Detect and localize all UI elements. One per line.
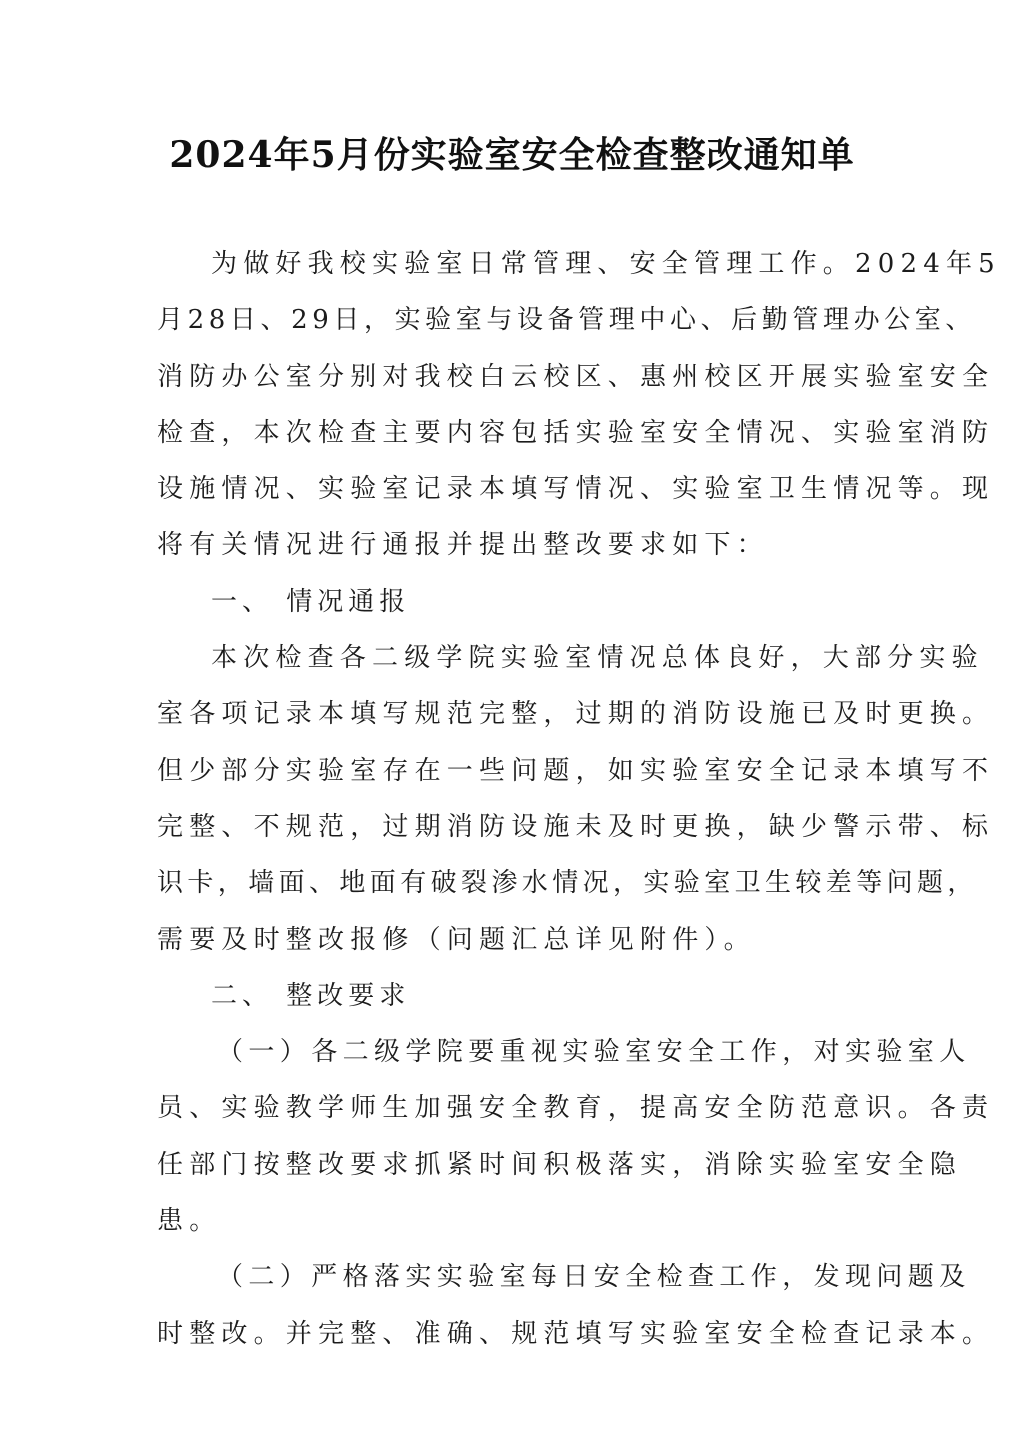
text-line: 本次检查各二级学院实验室情况总体良好，大部分实验 <box>157 630 871 686</box>
text-line: 设施情况、实验室记录本填写情况、实验室卫生情况等。现 <box>157 461 871 517</box>
section-heading-rectification-requirements: 二、 整改要求 <box>157 968 871 1024</box>
section-heading-situation-report: 一、 情况通报 <box>157 574 871 630</box>
text-line: 需要及时整改报修（问题汇总详见附件）。 <box>157 912 871 968</box>
text-line: 室各项记录本填写规范完整，过期的消防设施已及时更换。 <box>157 686 871 742</box>
text-line: 员、实验教学师生加强安全教育，提高安全防范意识。各责 <box>157 1080 871 1136</box>
text-line: 将有关情况进行通报并提出整改要求如下： <box>157 517 871 573</box>
text-line: 完整、不规范，过期消防设施未及时更换，缺少警示带、标 <box>157 799 871 855</box>
text-line: 消防办公室分别对我校白云校区、惠州校区开展实验室安全 <box>157 349 871 405</box>
text-line: （一）各二级学院要重视实验室安全工作，对实验室人 <box>157 1024 871 1080</box>
requirement-2-paragraph: （二）严格落实实验室每日安全检查工作，发现问题及 时整改。并完整、准确、规范填写… <box>157 1249 871 1362</box>
text-line: 但少部分实验室存在一些问题，如实验室安全记录本填写不 <box>157 743 871 799</box>
text-line: 时整改。并完整、准确、规范填写实验室安全检查记录本。 <box>157 1306 871 1362</box>
situation-paragraph: 本次检查各二级学院实验室情况总体良好，大部分实验 室各项记录本填写规范完整，过期… <box>157 630 871 968</box>
text-line: 月28日、29日，实验室与设备管理中心、后勤管理办公室、 <box>157 292 871 348</box>
document-title: 2024年5月份实验室安全检查整改通知单 <box>0 130 1024 180</box>
intro-paragraph: 为做好我校实验室日常管理、安全管理工作。2024年5 月28日、29日，实验室与… <box>157 236 871 574</box>
text-line: 识卡，墙面、地面有破裂渗水情况，实验室卫生较差等问题， <box>157 855 871 911</box>
document-page: 2024年5月份实验室安全检查整改通知单 为做好我校实验室日常管理、安全管理工作… <box>0 0 1024 1448</box>
text-line: 检查，本次检查主要内容包括实验室安全情况、实验室消防 <box>157 405 871 461</box>
document-body: 为做好我校实验室日常管理、安全管理工作。2024年5 月28日、29日，实验室与… <box>157 236 871 1362</box>
text-line: 患。 <box>157 1193 871 1249</box>
text-line: 为做好我校实验室日常管理、安全管理工作。2024年5 <box>157 236 871 292</box>
text-line: （二）严格落实实验室每日安全检查工作，发现问题及 <box>157 1249 871 1305</box>
requirement-1-paragraph: （一）各二级学院要重视实验室安全工作，对实验室人 员、实验教学师生加强安全教育，… <box>157 1024 871 1249</box>
text-line: 任部门按整改要求抓紧时间积极落实，消除实验室安全隐 <box>157 1137 871 1193</box>
